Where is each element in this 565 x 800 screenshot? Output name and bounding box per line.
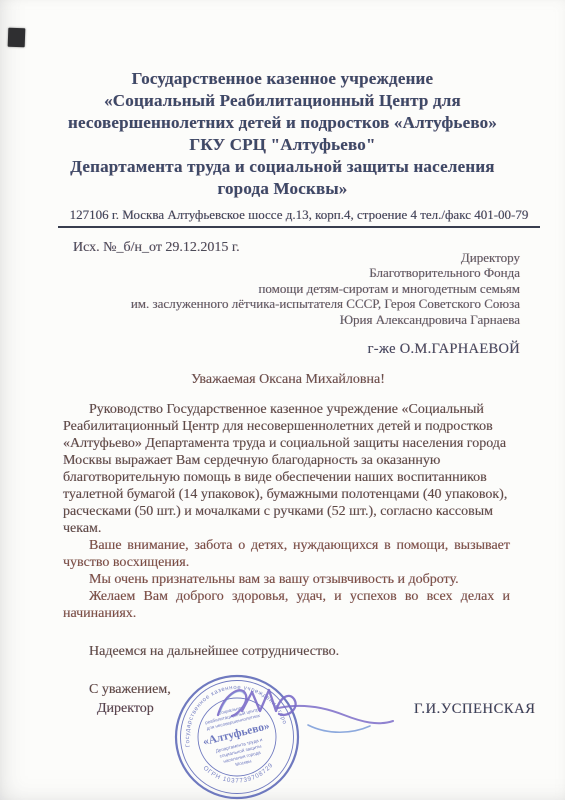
recipient-line: помощи детям-сиротам и многодетным семья… (90, 281, 520, 296)
letterhead-line: Государственное казенное учреждение (0, 68, 565, 90)
letter-body: Руководство Государственное казенное учр… (63, 401, 510, 712)
letterhead-line: города Москвы» (0, 178, 565, 200)
body-paragraph-1-line: расческами (50 шт.) и мочалками с ручкам… (63, 503, 510, 520)
letterhead-line: Департамента труда и социальной защиты н… (0, 156, 565, 178)
scan-artifact-mark (8, 28, 26, 48)
letterhead: Государственное казенное учреждение «Соц… (0, 68, 565, 200)
letterhead-line: «Социальный Реабилитационный Центр для (0, 90, 565, 112)
body-paragraph-1-line: Руководство Государственное казенное учр… (63, 401, 510, 418)
handwritten-signature-icon (212, 681, 402, 741)
letterhead-address: 127106 г. Москва Алтуфьевское шоссе д.13… (58, 207, 540, 228)
recipient-line: Благотворительного Фонда (90, 265, 520, 280)
body-paragraph-1-line: чекам. (63, 520, 510, 537)
body-paragraph-1-line: туалетной бумагой (14 упаковок), бумажны… (63, 486, 510, 503)
body-paragraph-1-line: благотворительную помощь в виде обеспече… (63, 469, 510, 486)
salutation: Уважаемая Оксана Михайловна! (63, 372, 513, 388)
recipient-line: им. заслуженного лётчика-испытателя СССР… (90, 296, 520, 311)
body-paragraph-1-line: Москвы выражает Вам сердечную благодарно… (63, 452, 510, 469)
body-paragraph-4: Желаем Вам доброго здоровья, удач, и усп… (63, 588, 510, 622)
letterhead-line: ГКУ СРЦ "Алтуфьево" (0, 134, 565, 156)
recipient-line: Директору (90, 250, 520, 265)
body-paragraph-3: Мы очень признательны вам за вашу отзывч… (63, 571, 510, 588)
body-paragraph-1-line: Реабилитационный Центр для несовершеннол… (63, 418, 510, 435)
recipient-line: Юрия Александровича Гарнаева (90, 312, 520, 327)
body-paragraph-1-line: «Алтуфьево» Департамента труда и социаль… (63, 435, 510, 452)
addressee-name: г-же О.М.ГАРНАЕВОЙ (368, 341, 520, 358)
body-paragraph-2: Ваше внимание, забота о детях, нуждающих… (63, 537, 510, 571)
body-paragraph-5: Надеемся на дальнейшее сотрудничество. (63, 643, 510, 660)
letterhead-line: несовершеннолетних детей и подростков «А… (0, 112, 565, 134)
signer-name: Г.И.УСПЕНСКАЯ (414, 701, 536, 718)
recipient-block: Директору Благотворительного Фонда помощ… (90, 250, 520, 327)
scanned-letter-page: Государственное казенное учреждение «Соц… (0, 0, 565, 800)
signer-position: Директор (97, 701, 154, 717)
